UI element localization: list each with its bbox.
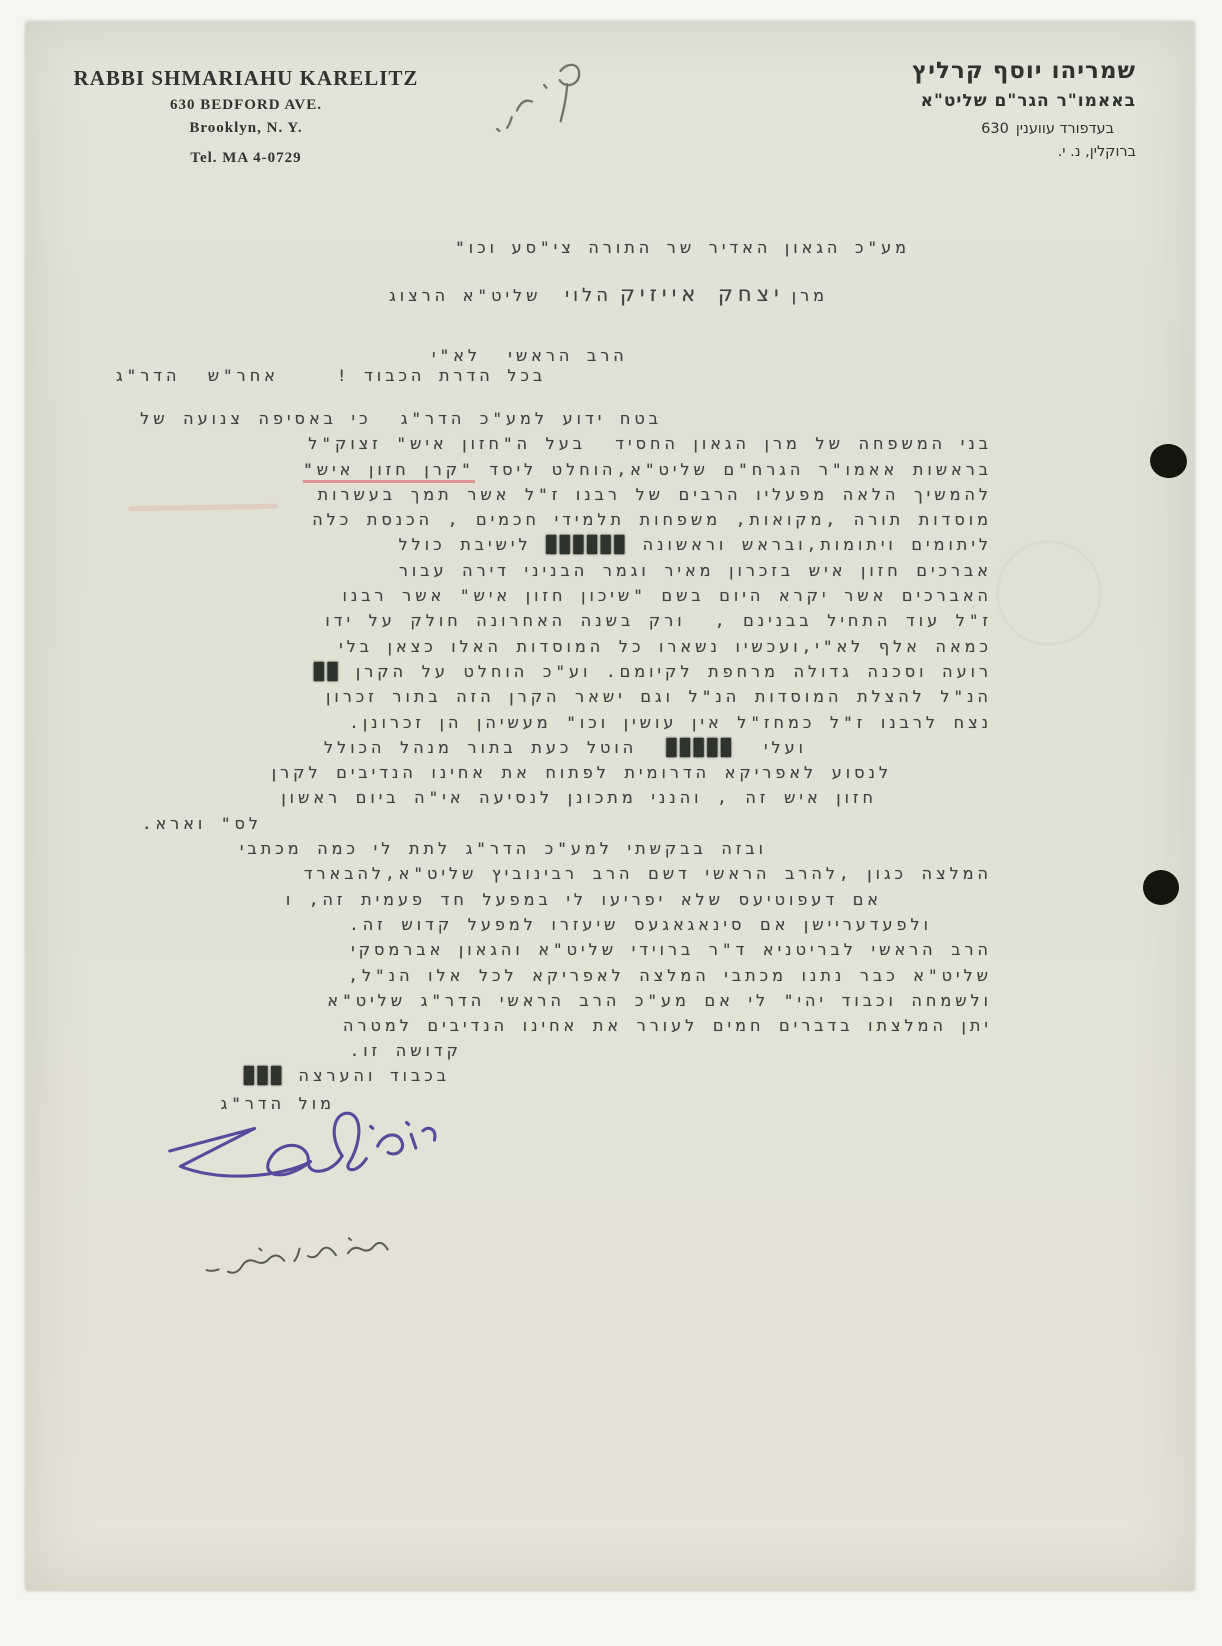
salutation-line-3: הרב הראשי לא"י [432,346,628,365]
letterhead-street-en: 630 BEDFORD AVE. [70,97,422,114]
body-line: קדושה זו. [108,1038,992,1063]
faint-stamp-watermark [996,540,1102,646]
letterhead-title-he: באאמו"ר הגר"ם שליט"א [836,91,1136,111]
pencil-tick [544,85,546,88]
letterhead-phone-en: Tel. MA 4-0729 [70,150,422,167]
letterhead-city-en: Brooklyn, N. Y. [70,120,422,137]
letterhead-name-en: RABBI SHMARIAHU KARELITZ [70,66,422,91]
salutation-greeting: אחר"ש הדר"ג [116,366,279,385]
pencil-script-dot-2 [259,1248,261,1250]
body-line: ועלי █████ הוטל כעת בתור מנהל הכולל [108,735,992,760]
body-line: יתן המלצתו בדברים חמים לעורר את אחינו הנ… [108,1013,992,1038]
body-line: שליט"א כבר נתנו מכתבי המלצה לאפריקא לכל … [108,963,992,988]
body-line: האברכים אשר יקרא היום בשם "שיכון חזון אי… [108,583,992,608]
body-line: אברכים חזון איש בזכרון מאיר וגמר הבניני … [108,558,992,583]
body-line: לס" וארא. [108,811,992,836]
letterhead-name-he: שמריהו יוסף קרליץ [836,58,1136,84]
red-underlined-text: "קרן חזון איש" [303,460,475,483]
body-line: בראשות אאמו"ר הגרח"ם שליט"א,הוחלט ליסד "… [108,457,992,482]
body-line: ולפעדעריישן אם סינאגאגעס שיעזרו למפעל קד… [108,912,992,937]
salutation-honorific: שליט"א הרצוג [389,286,541,305]
signature-end-scrawl [377,1128,436,1155]
letterhead-street-he: 630 בעדפורד עווענין [836,121,1136,137]
signature-dot-1 [371,1126,373,1128]
english-letterhead: RABBI SHMARIAHU KARELITZ 630 BEDFORD AVE… [70,66,422,167]
scanned-letter-page: RABBI SHMARIAHU KARELITZ 630 BEDFORD AVE… [0,0,1222,1646]
body-line: הנ"ל להצלת המוסדות הנ"ל וגם ישאר הקרן הז… [108,684,992,709]
street-words: בעדפורד עווענין [1016,121,1114,137]
ink-blot: █████ [667,738,735,757]
body-line: נצח לרבנו ז"ל כמחז"ל אין עושין וכו" מעשי… [108,710,992,735]
hebrew-letterhead: שמריהו יוסף קרליץ באאמו"ר הגר"ם שליט"א 6… [836,58,1136,160]
letterhead-city-he: ברוקלין, נ. י. [836,144,1136,160]
salutation-name: יצחק אייזיק [620,282,784,306]
ink-blot: ███ [244,1066,285,1085]
salutation-line-2: מרןיצחק אייזיקהלוי שליט"א הרצוג [389,282,828,306]
body-line: הרב הראשי לבריטניא ד"ר ברוידי שליט"א והג… [108,937,992,962]
body-line: בני המשפחה של מרן הגאון החסיד בעל ה"חזון… [108,431,992,456]
salutation-line-4: אחר"ש הדר"ג בכל הדרת הכבוד ! [116,366,546,385]
pencil-dot [497,129,499,131]
closing-line: בכבוד והערצה ███ [150,1062,450,1090]
body-line: לנסוע לאפריקא הדרומית לפתוח את אחינו הנד… [108,760,992,785]
pencil-alef-stroke [504,100,535,128]
pencil-qof-stroke [554,64,585,121]
body-line: ולשמחה וכבוד יהי" לי אם מע"כ הרב הראשי ה… [108,988,992,1013]
signature-ink [156,1096,451,1211]
body-line: המלצה כגון ,להרב הראשי דשם הרב רבינוביץ … [108,861,992,886]
body-line: אם דעפוטיעס שלא יפריעו לי במפעל חד פעמית… [108,887,992,912]
body-line: ז"ל עוד התחיל בבנינם , ורק בשנה האחרונה … [108,608,992,633]
ink-blot: ██████ [546,535,628,554]
handwritten-top-note [467,50,607,151]
ink-blot: ██ [314,662,341,681]
salutation-line-1: מע"כ הגאון האדיר שר התורה צי"סע וכו" [455,238,910,257]
street-number: 630 [981,121,1009,137]
body-line: בטח ידוע למע"כ הדר"ג כי באסיפה צנועה של [108,406,992,431]
body-line: חזון איש זה , והנני מתכונן לנסיעה אי"ה ב… [108,785,992,810]
body-line: מוסדות תורה ,מקואות, משפחות תלמידי חכמים… [108,507,992,532]
salutation-honor-phrase: בכל הדרת הכבוד ! [337,366,546,385]
salutation-title: מרן [792,286,828,305]
pencil-script-4 [207,1269,219,1271]
salutation-name-suffix: הלוי [565,285,612,306]
body-line: ובזה בבקשתי למע"כ הדר"ג לתת לי כמה מכתבי [108,836,992,861]
pencil-script-dot-1 [349,1238,351,1240]
pencil-script-3 [227,1255,285,1273]
ink-hole-bottom [1143,870,1179,905]
signature-dot-2 [406,1122,408,1124]
body-line: רועה וסכנה גדולה מרחפת לקיומם. וע"כ הוחל… [108,659,992,684]
pencil-script-2 [293,1246,336,1261]
body-line: ליתומים ויתומות,ובראש וראשונה ██████ ליש… [108,532,992,557]
signature-loops [267,1143,343,1176]
body-line: כמאה אלף לא"י,ועכשיו נשארו כל המוסדות הא… [108,634,992,659]
pencil-script-1 [347,1242,387,1253]
